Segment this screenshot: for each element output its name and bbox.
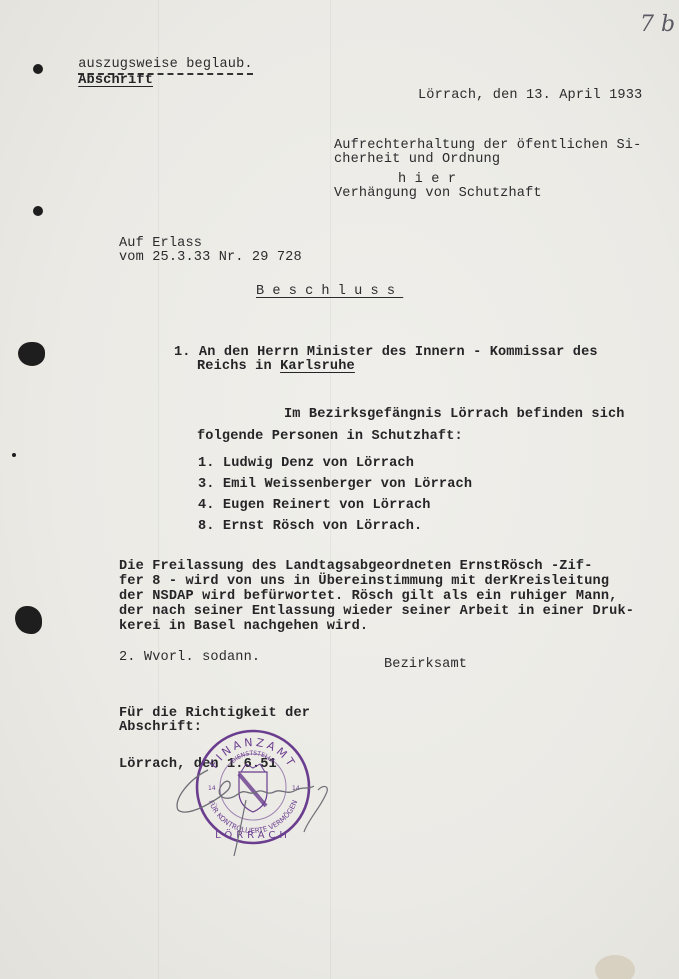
punch-hole-torn [18, 342, 45, 366]
archive-pencil-mark: 7 b [640, 12, 675, 37]
decision-heading: Beschluss [256, 284, 403, 300]
intro-line-1: Im Bezirksgefängnis Lörrach befinden sic… [284, 407, 625, 423]
person-list-item: 8. Ernst Rösch von Lörrach. [198, 519, 422, 535]
copy-header: auszugsweise beglaub. Abschrift [45, 41, 253, 105]
person-list-item: 3. Emil Weissenberger von Lörrach [198, 477, 472, 493]
paragraph-line: Die Freilassung des Landtagsabgeordneten… [119, 559, 593, 575]
reference-line-2: vom 25.3.33 Nr. 29 728 [119, 250, 302, 266]
signature-icon [168, 760, 338, 860]
paper-fold [158, 0, 159, 979]
punch-hole [33, 206, 43, 216]
authority-signature: Bezirksamt [384, 657, 467, 673]
item1-line-2: Reichs in Karlsruhe [197, 359, 355, 375]
punch-mark [12, 453, 16, 457]
person-list-item: 1. Ludwig Denz von Lörrach [198, 456, 414, 472]
paragraph-line: der nach seiner Entlassung wieder seiner… [119, 604, 634, 620]
copy-title: Abschrift [78, 73, 153, 88]
subject-line-2: cherheit und Ordnung [334, 152, 500, 168]
paragraph-line: der NSDAP wird befürwortet. Rösch gilt a… [119, 589, 617, 605]
punch-hole [33, 64, 43, 74]
paragraph-line: kerei in Basel nachgehen wird. [119, 619, 368, 635]
punch-hole-torn [15, 606, 42, 634]
subject-line-4: Verhängung von Schutzhaft [334, 186, 542, 202]
intro-line-2: folgende Personen in Schutzhaft: [197, 429, 463, 445]
certification-line-2: Abschrift: [119, 720, 202, 736]
person-list-item: 4. Eugen Reinert von Lörrach [198, 498, 431, 514]
place-karlsruhe: Karlsruhe [280, 359, 355, 374]
item2-line: 2. Wvorl. sodann. [119, 650, 260, 666]
document-page: 7 b auszugsweise beglaub. Abschrift Lörr… [0, 0, 679, 979]
date-line: Lörrach, den 13. April 1933 [418, 88, 642, 104]
paper-stain [595, 955, 635, 979]
paragraph-line: fer 8 - wird von uns in Übereinstimmung … [119, 574, 609, 590]
